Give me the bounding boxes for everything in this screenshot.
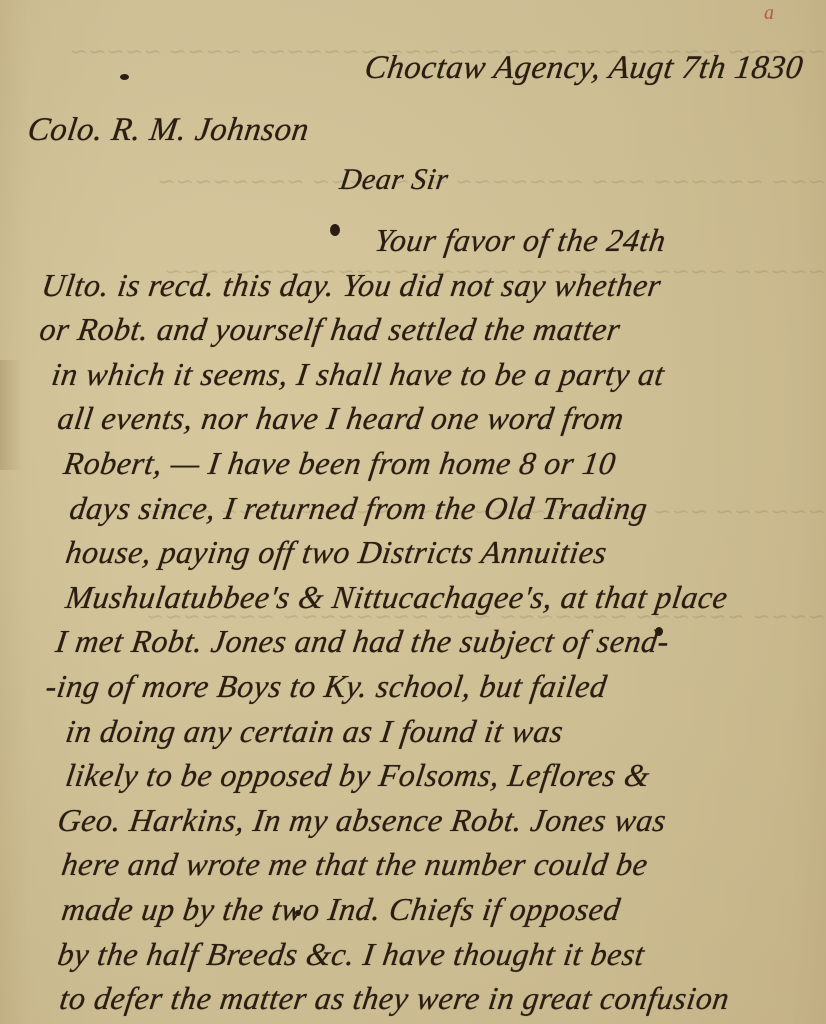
letter-line: Geo. Harkins, In my absence Robt. Jones … xyxy=(55,802,668,839)
ink-blot xyxy=(330,224,340,236)
ink-blot xyxy=(120,74,129,80)
letter-line: to defer the matter as they were in grea… xyxy=(57,980,731,1017)
letter-line: I met Robt. Jones and had the subject of… xyxy=(53,623,671,660)
letter-line: Mushulatubbee's & Nittucachagee's, at th… xyxy=(63,579,730,616)
letter-line: by the half Breeds &c. I have thought it… xyxy=(55,936,647,973)
recipient: Colo. R. M. Johnson xyxy=(25,112,311,149)
salutation: Dear Sir xyxy=(338,163,451,197)
dateline: Choctaw Agency, Augt 7th 1830 xyxy=(362,50,805,87)
letter-line: in which it seems, I shall have to be a … xyxy=(49,356,667,393)
letter-line: in doing any certain as I found it was xyxy=(63,713,565,750)
letter-line: here and wrote me that the number could … xyxy=(59,846,650,883)
letter-line: Your favor of the 24th xyxy=(372,222,668,259)
letter-line: -ing of more Boys to Ky. school, but fai… xyxy=(43,668,609,705)
letter-line: house, paying off two Districts Annuitie… xyxy=(63,534,609,571)
archive-mark: a xyxy=(764,2,774,25)
letter-line: Ulto. is recd. this day. You did not say… xyxy=(39,267,663,304)
page-edge-shadow xyxy=(0,360,22,470)
letter-line: all events, nor have I heard one word fr… xyxy=(55,400,626,437)
letter-page: ~~ ~~~ ~~~~~ ~~~ ~~~~~~ ~~~ ~~~~~~~ ~~~~… xyxy=(0,0,826,1024)
letter-line: likely to be opposed by Folsoms, Leflore… xyxy=(63,757,652,794)
letter-line: or Robt. and yourself had settled the ma… xyxy=(37,311,622,348)
letter-line: made up by the two Ind. Chiefs if oppose… xyxy=(59,891,622,928)
letter-line: Robert, — I have been from home 8 or 10 xyxy=(61,445,618,482)
letter-line: days since, I returned from the Old Trad… xyxy=(67,490,650,527)
